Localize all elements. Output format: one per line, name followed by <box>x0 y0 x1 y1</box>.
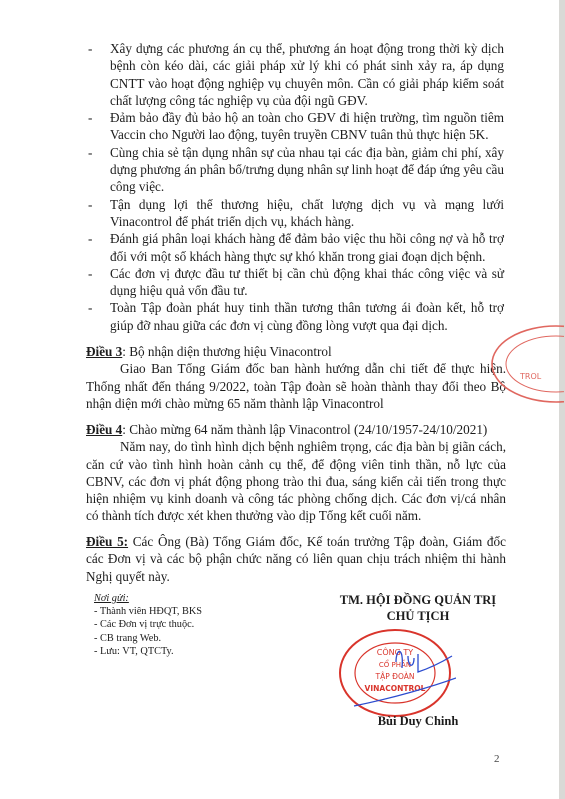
svg-text:TROL: TROL <box>519 372 542 381</box>
signature-role: CHỦ TỊCH <box>330 608 506 624</box>
signature-block: TM. HỘI ĐỒNG QUẢN TRỊ CHỦ TỊCH <box>330 592 506 624</box>
article-4: Điều 4: Chào mừng 64 năm thành lập Vinac… <box>86 421 506 525</box>
bullet-item: Các đơn vị được đầu tư thiết bị cần chủ … <box>86 265 504 300</box>
partial-seal-icon: TROL <box>484 323 564 405</box>
article-5-body: Các Ông (Bà) Tổng Giám đốc, Kế toán trưở… <box>86 534 506 584</box>
bullet-item: Cùng chia sẻ tận dụng nhân sự của nhau t… <box>86 144 504 196</box>
recipient-item: - Các Đơn vị trực thuộc. <box>94 618 202 631</box>
svg-text:VINACONTROL: VINACONTROL <box>365 684 426 693</box>
article-3-body: Giao Ban Tổng Giám đốc ban hành hướng dẫ… <box>86 360 506 412</box>
bullet-item: Xây dựng các phương án cụ thể, phương án… <box>86 40 504 109</box>
article-3: Điều 3: Bộ nhận diện thương hiệu Vinacon… <box>86 343 506 412</box>
company-seal-icon: CÔNG TY CỔ PHẦN TẬP ĐOÀN VINACONTROL <box>334 628 456 718</box>
article-4-heading: Điều 4: Chào mừng 64 năm thành lập Vinac… <box>86 421 506 438</box>
article-3-title: : Bộ nhận diện thương hiệu Vinacontrol <box>122 344 331 359</box>
article-5: Điều 5: Các Ông (Bà) Tổng Giám đốc, Kế t… <box>86 533 506 585</box>
article-3-label: Điều 3 <box>86 344 122 359</box>
recipients-block: Nơi gửi: - Thành viên HĐQT, BKS - Các Đơ… <box>94 592 202 658</box>
recipients-title: Nơi gửi: <box>94 592 202 605</box>
article-4-label: Điều 4 <box>86 422 122 437</box>
action-bullet-list: Xây dựng các phương án cụ thể, phương án… <box>86 40 504 334</box>
document-page: Xây dựng các phương án cụ thể, phương án… <box>0 0 559 799</box>
recipient-item: - Thành viên HĐQT, BKS <box>94 605 202 618</box>
svg-text:CÔNG TY: CÔNG TY <box>377 646 413 657</box>
svg-text:TẬP ĐOÀN: TẬP ĐOÀN <box>375 672 415 681</box>
article-4-title: : Chào mừng 64 năm thành lập Vinacontrol… <box>122 422 487 437</box>
recipient-item: - Lưu: VT, QTCTy. <box>94 645 202 658</box>
article-5-label: Điều 5: <box>86 534 128 549</box>
article-3-heading: Điều 3: Bộ nhận diện thương hiệu Vinacon… <box>86 343 506 360</box>
recipient-item: - CB trang Web. <box>94 632 202 645</box>
bullet-item: Đảm bảo đầy đủ bảo hộ an toàn cho GĐV đi… <box>86 109 504 144</box>
signer-name: Bùi Duy Chinh <box>330 714 506 729</box>
bullet-item: Đánh giá phân loại khách hàng để đảm bảo… <box>86 230 504 265</box>
bullet-item: Toàn Tập đoàn phát huy tinh thần tương t… <box>86 299 504 334</box>
svg-text:CỔ PHẦN: CỔ PHẦN <box>379 659 411 669</box>
page-number: 2 <box>494 753 500 765</box>
signature-title: TM. HỘI ĐỒNG QUẢN TRỊ <box>330 592 506 608</box>
article-4-body: Năm nay, do tình hình dịch bệnh nghiêm t… <box>86 438 506 524</box>
bullet-item: Tận dụng lợi thế thương hiệu, chất lượng… <box>86 196 504 231</box>
